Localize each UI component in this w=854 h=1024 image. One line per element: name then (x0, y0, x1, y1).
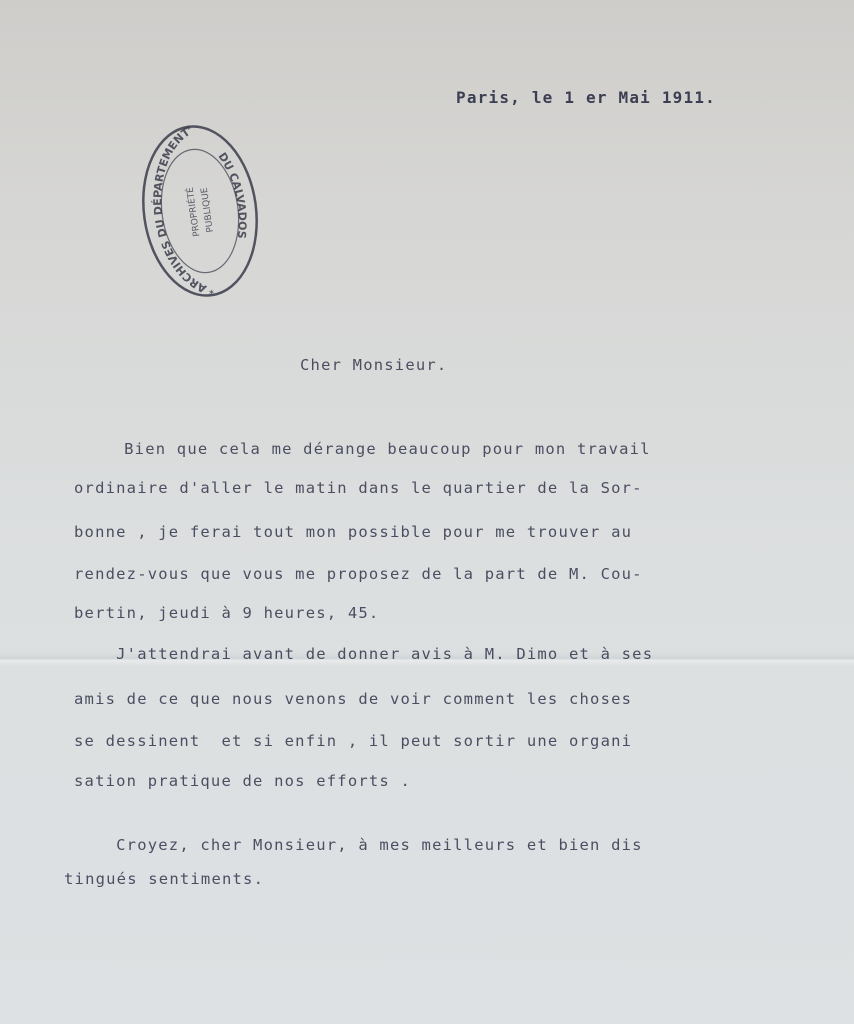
body-line: rendez-vous que vous me proposez de la p… (74, 565, 643, 583)
body-line: sation pratique de nos efforts . (74, 772, 411, 790)
date-line: Paris, le 1 er Mai 1911. (456, 88, 716, 107)
body-line: Croyez, cher Monsieur, à mes meilleurs e… (74, 836, 643, 854)
body-line: ordinaire d'aller le matin dans le quart… (74, 479, 643, 497)
stamp-text-right: DU CALVADOS (215, 148, 253, 242)
archive-stamp: ARCHIVES DU DÉPARTEMENT DU CALVADOS PROP… (128, 115, 272, 308)
body-line: bonne , je ferai tout mon possible pour … (74, 523, 632, 541)
body-line: Bien que cela me dérange beaucoup pour m… (82, 440, 651, 458)
body-line: bertin, jeudi à 9 heures, 45. (74, 604, 379, 622)
svg-text:DU CALVADOS: DU CALVADOS (215, 148, 253, 242)
body-line: tingués sentiments. (64, 870, 264, 888)
stamp-star-bottom-icon: * (208, 289, 216, 301)
stamp-oval-icon: ARCHIVES DU DÉPARTEMENT DU CALVADOS PROP… (128, 115, 272, 308)
stamp-inner-line-2: PUBLIQUE (200, 186, 216, 232)
body-line: J'attendrai avant de donner avis à M. Di… (74, 645, 653, 663)
salutation: Cher Monsieur. (300, 356, 447, 374)
body-line: amis de ce que nous venons de voir comme… (74, 690, 632, 708)
body-line: se dessinent et si enfin , il peut sorti… (74, 732, 632, 750)
letter-page: Paris, le 1 er Mai 1911. ARCHIVES DU DÉP… (0, 0, 854, 1024)
